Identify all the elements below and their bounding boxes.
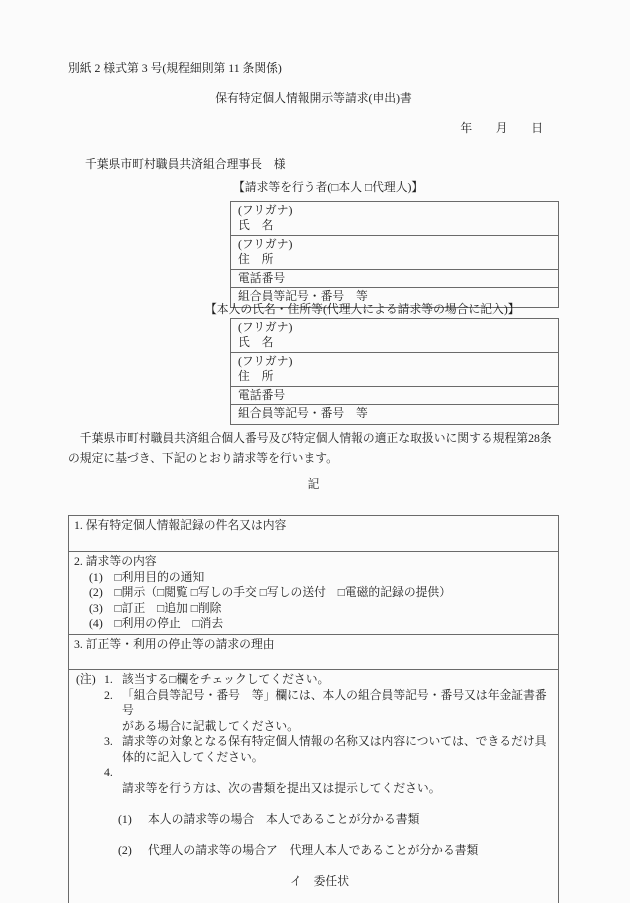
furigana-label: (フリガナ) [238,237,554,252]
table-row: 電話番号 [231,387,559,405]
table-row: (フリガナ) 住 所 [231,236,559,270]
principal-address-field-cell[interactable]: (フリガナ) 住 所 [231,353,559,387]
document-requirement-row: (1) 本人の請求等の場合 本人であることが分かる書類 [118,812,554,828]
note-number: 1. [104,672,122,688]
name-label: 氏 名 [238,218,554,233]
request-form-page: 別紙 2 様式第 3 号(規程細則第 11 条関係) 保有特定個人情報開示等請求… [0,0,630,903]
table-row: 2. 請求等の内容 (1) □利用目的の通知 (2) □開示（□閲覧 □写しの手… [69,552,559,635]
body-paragraph: 千葉県市町村職員共済組合個人番号及び特定個人情報の適正な取扱いに関する規程第28… [68,428,570,468]
phone-label: 電話番号 [238,271,554,286]
requester-address-field-cell[interactable]: (フリガナ) 住 所 [231,236,559,270]
note-text: 「組合員等記号・番号 等」欄には、本人の組合員等記号・番号又は年金証書番号 があ… [122,688,554,735]
ki-marker: 記 [68,476,559,492]
furigana-label: (フリガナ) [238,203,554,218]
requester-info-table: (フリガナ) 氏 名 (フリガナ) 住 所 電話番号 組合員等記号・番号 等 [230,201,559,308]
requester-phone-field-cell[interactable]: 電話番号 [231,270,559,288]
principal-member-number-field-cell[interactable]: 組合員等記号・番号 等 [231,405,559,425]
furigana-label: (フリガナ) [238,354,554,369]
reason-field-cell[interactable]: 3. 訂正等・利用の停止等の請求の理由 [69,635,559,670]
principal-phone-field-cell[interactable]: 電話番号 [231,387,559,405]
note-item: 1. 該当する□欄をチェックしてください。 [104,672,554,688]
document-requirement-row: イ 委任状 [118,874,554,890]
table-row: 1. 保有特定個人情報記録の件名又は内容 [69,516,559,552]
doc-row-number: (1) [118,812,148,828]
table-row: (フリガナ) 住 所 [231,353,559,387]
request-detail-table: 1. 保有特定個人情報記録の件名又は内容 2. 請求等の内容 (1) □利用目的… [68,515,559,903]
notes-cell: (注) 1. 該当する□欄をチェックしてください。 2. 「組合員等記号・番号 … [69,670,559,903]
request-content-label: 2. 請求等の内容 [74,554,554,570]
option-suspension[interactable]: (4) □利用の停止 □消去 [89,616,554,632]
note-text: 請求等を行う方は、次の書類を提出又は提示してください。 (1) 本人の請求等の場… [122,765,554,903]
table-row: 組合員等記号・番号 等 [231,405,559,425]
name-label: 氏 名 [238,335,554,350]
doc-row-case: 本人の請求等の場合 [148,812,266,828]
doc-row-case: 代理人の請求等の場合 [148,843,266,859]
note-number: 4. [104,765,122,781]
doc-row-number: (2) [118,843,148,859]
note-text: 請求等の対象となる保有特定個人情報の名称又は内容については、できるだけ具 体的に… [122,734,554,765]
address-label: 住 所 [238,252,554,267]
note-item: 2. 「組合員等記号・番号 等」欄には、本人の組合員等記号・番号又は年金証書番号… [104,688,554,735]
doc-row-documents: 本人であることが分かる書類 [266,812,554,828]
addressee-line: 千葉県市町村職員共済組合理事長 様 [85,156,286,172]
table-row: (フリガナ) 氏 名 [231,202,559,236]
principal-section-heading: 【本人の氏名・住所等(代理人による請求等の場合に記入)】 [205,301,520,317]
phone-label: 電話番号 [238,388,554,403]
table-row: 電話番号 [231,270,559,288]
reason-label: 3. 訂正等・利用の停止等の請求の理由 [74,637,554,653]
date-line[interactable]: 年 月 日 [460,120,543,136]
principal-name-field-cell[interactable]: (フリガナ) 氏 名 [231,319,559,353]
option-correction[interactable]: (3) □訂正 □追加 □削除 [89,601,554,617]
furigana-label: (フリガナ) [238,320,554,335]
request-content-cell: 2. 請求等の内容 (1) □利用目的の通知 (2) □開示（□閲覧 □写しの手… [69,552,559,635]
form-number: 別紙 2 様式第 3 号(規程細則第 11 条関係) [68,60,282,76]
note-item: 4. 請求等を行う方は、次の書類を提出又は提示してください。 (1) 本人の請求… [104,765,554,903]
record-name-label: 1. 保有特定個人情報記録の件名又は内容 [74,518,554,534]
requester-section-heading: 【請求等を行う者(□本人 □代理人)】 [233,179,423,195]
document-requirement-row: (2) 代理人の請求等の場合 ア 代理人本人であることが分かる書類 [118,843,554,859]
note-item: 3. 請求等の対象となる保有特定個人情報の名称又は内容については、できるだけ具 … [104,734,554,765]
option-purpose-notification[interactable]: (1) □利用目的の通知 [89,570,554,586]
table-row: (フリガナ) 氏 名 [231,319,559,353]
member-number-label: 組合員等記号・番号 等 [238,406,554,421]
notes-label: (注) [76,672,104,688]
record-name-field-cell[interactable]: 1. 保有特定個人情報記録の件名又は内容 [69,516,559,552]
document-title: 保有特定個人情報開示等請求(申出)書 [68,90,559,106]
principal-info-table: (フリガナ) 氏 名 (フリガナ) 住 所 電話番号 組合員等記号・番号 等 [230,318,559,425]
table-row: (注) 1. 該当する□欄をチェックしてください。 2. 「組合員等記号・番号 … [69,670,559,903]
note-text-line: 請求等を行う方は、次の書類を提出又は提示してください。 [122,781,554,797]
note-number: 3. [104,734,122,750]
doc-row-documents: ア 代理人本人であることが分かる書類 [266,843,554,859]
note-text: 該当する□欄をチェックしてください。 [122,672,554,688]
requester-name-field-cell[interactable]: (フリガナ) 氏 名 [231,202,559,236]
table-row: 3. 訂正等・利用の停止等の請求の理由 [69,635,559,670]
address-label: 住 所 [238,369,554,384]
note-number: 2. [104,688,122,704]
doc-row-documents: イ 委任状 [266,874,554,890]
option-disclosure[interactable]: (2) □開示（□閲覧 □写しの手交 □写しの送付 □電磁的記録の提供） [89,585,554,601]
